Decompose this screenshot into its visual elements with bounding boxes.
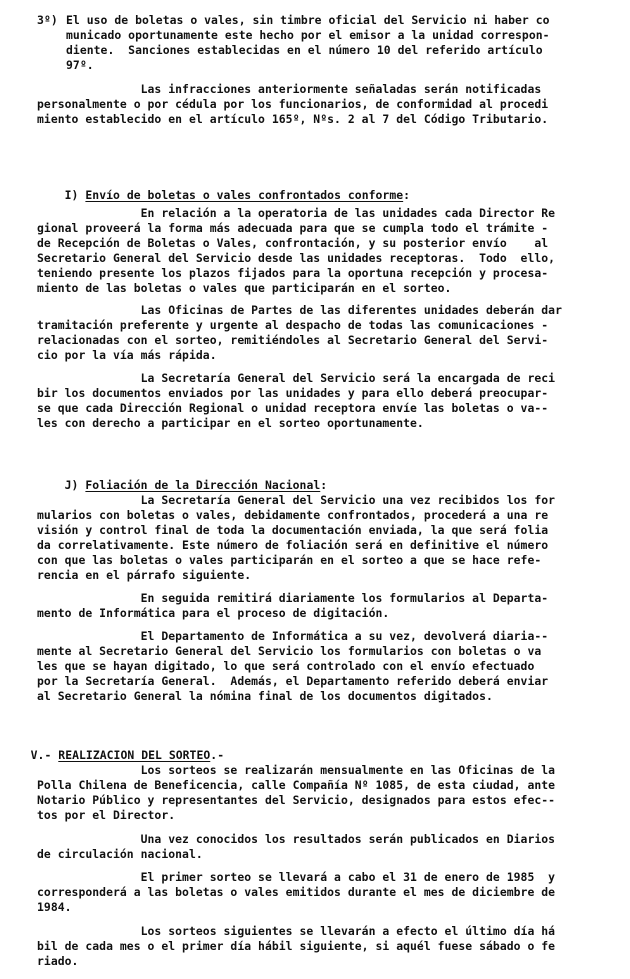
paragraph-line: de Recepción de Boletas o Vales, confron… [37,236,548,251]
item-3-line: municado oportunamente este hecho por el… [66,28,550,43]
paragraph-line: En relación a la operatoria de las unida… [37,206,555,221]
paragraph-line: Secretario General del Servicio desde la… [37,251,555,266]
section-j-marker: J) [65,478,79,492]
section-i-marker: I) [65,188,79,202]
paragraph-line: bil de cada mes o el primer día hábil si… [37,939,555,954]
item-3-line: 97º. [66,58,94,73]
section-v-marker: V.- [31,748,52,762]
paragraph-line: En seguida remitirá diariamente los form… [37,591,548,606]
paragraph-line: El primer sorteo se llevará a cabo el 31… [37,870,555,885]
paragraph-line: Polla Chilena de Beneficencia, calle Com… [37,778,555,793]
paragraph-line: da correlativamente. Este número de foli… [37,538,548,553]
paragraph-line: riado. [37,954,78,969]
paragraph-line: con que las boletas o vales participarán… [37,553,541,568]
paragraph-line: gional proveerá la forma más adecuada pa… [37,221,548,236]
paragraph-line: se que cada Dirección Regional o unidad … [37,401,548,416]
paragraph-line: La Secretaría General del Servicio una v… [37,493,555,508]
section-i-title: Envío de boletas o vales confrontados co… [85,188,403,202]
paragraph-line: al Secretario General la nómina final de… [37,689,493,704]
paragraph-line: visión y control final de toda la docume… [37,523,548,538]
paragraph-line: corresponderá a las boletas o vales emit… [37,885,555,900]
paragraph-line: Las Oficinas de Partes de las diferentes… [37,303,562,318]
paragraph-line: Los sorteos siguientes se llevarán a efe… [37,924,555,939]
paragraph-line: tos por el Director. [37,808,175,823]
paragraph-line: les que se hayan digitado, lo que será c… [37,659,534,674]
item-3-line: diente. Sanciones establecidas en el núm… [66,43,543,58]
paragraph-line: bir los documentos enviados por las unid… [37,386,548,401]
section-i-title-suffix: : [403,188,410,202]
infractions-line: Las infracciones anteriormente señaladas… [37,82,541,97]
paragraph-line: cio por la vía más rápida. [37,348,217,363]
paragraph-line: 1984. [37,900,72,915]
paragraph-line: mularios con boletas o vales, debidament… [37,508,548,523]
paragraph-line: Una vez conocidos los resultados serán p… [37,832,555,847]
infractions-line: personalmente o por cédula por los funci… [37,97,548,112]
section-v-title: REALIZACION DEL SORTEO [58,748,210,762]
paragraph-line: les con derecho a participar en el sorte… [37,416,424,431]
section-v-title-suffix: .- [210,748,224,762]
paragraph-line: relacionadas con el sorteo, remitiéndole… [37,333,548,348]
paragraph-line: miento de las boletas o vales que partic… [37,281,451,296]
paragraph-line: de circulación nacional. [37,847,203,862]
paragraph-line: teniendo presente los plazos fijados par… [37,266,548,281]
infractions-line: miento establecido en el artículo 165º, … [37,112,548,127]
paragraph-line: por la Secretaría General. Además, el De… [37,674,548,689]
paragraph-line: La Secretaría General del Servicio será … [37,371,555,386]
section-j-title: Foliación de la Dirección Nacional [85,478,320,492]
paragraph-line: Notario Público y representantes del Ser… [37,793,555,808]
section-j-title-suffix: : [320,478,327,492]
paragraph-line: rencia en el párrafo siguiente. [37,568,251,583]
item-3-line: El uso de boletas o vales, sin timbre of… [66,13,550,28]
paragraph-line: Los sorteos se realizarán mensualmente e… [37,763,555,778]
item-3-marker: 3º) [37,13,58,28]
paragraph-line: El Departamento de Informática a su vez,… [37,629,548,644]
paragraph-line: mento de Informática para el proceso de … [37,606,389,621]
paragraph-line: tramitación preferente y urgente al desp… [37,318,548,333]
paragraph-line: mente al Secretario General del Servicio… [37,644,541,659]
